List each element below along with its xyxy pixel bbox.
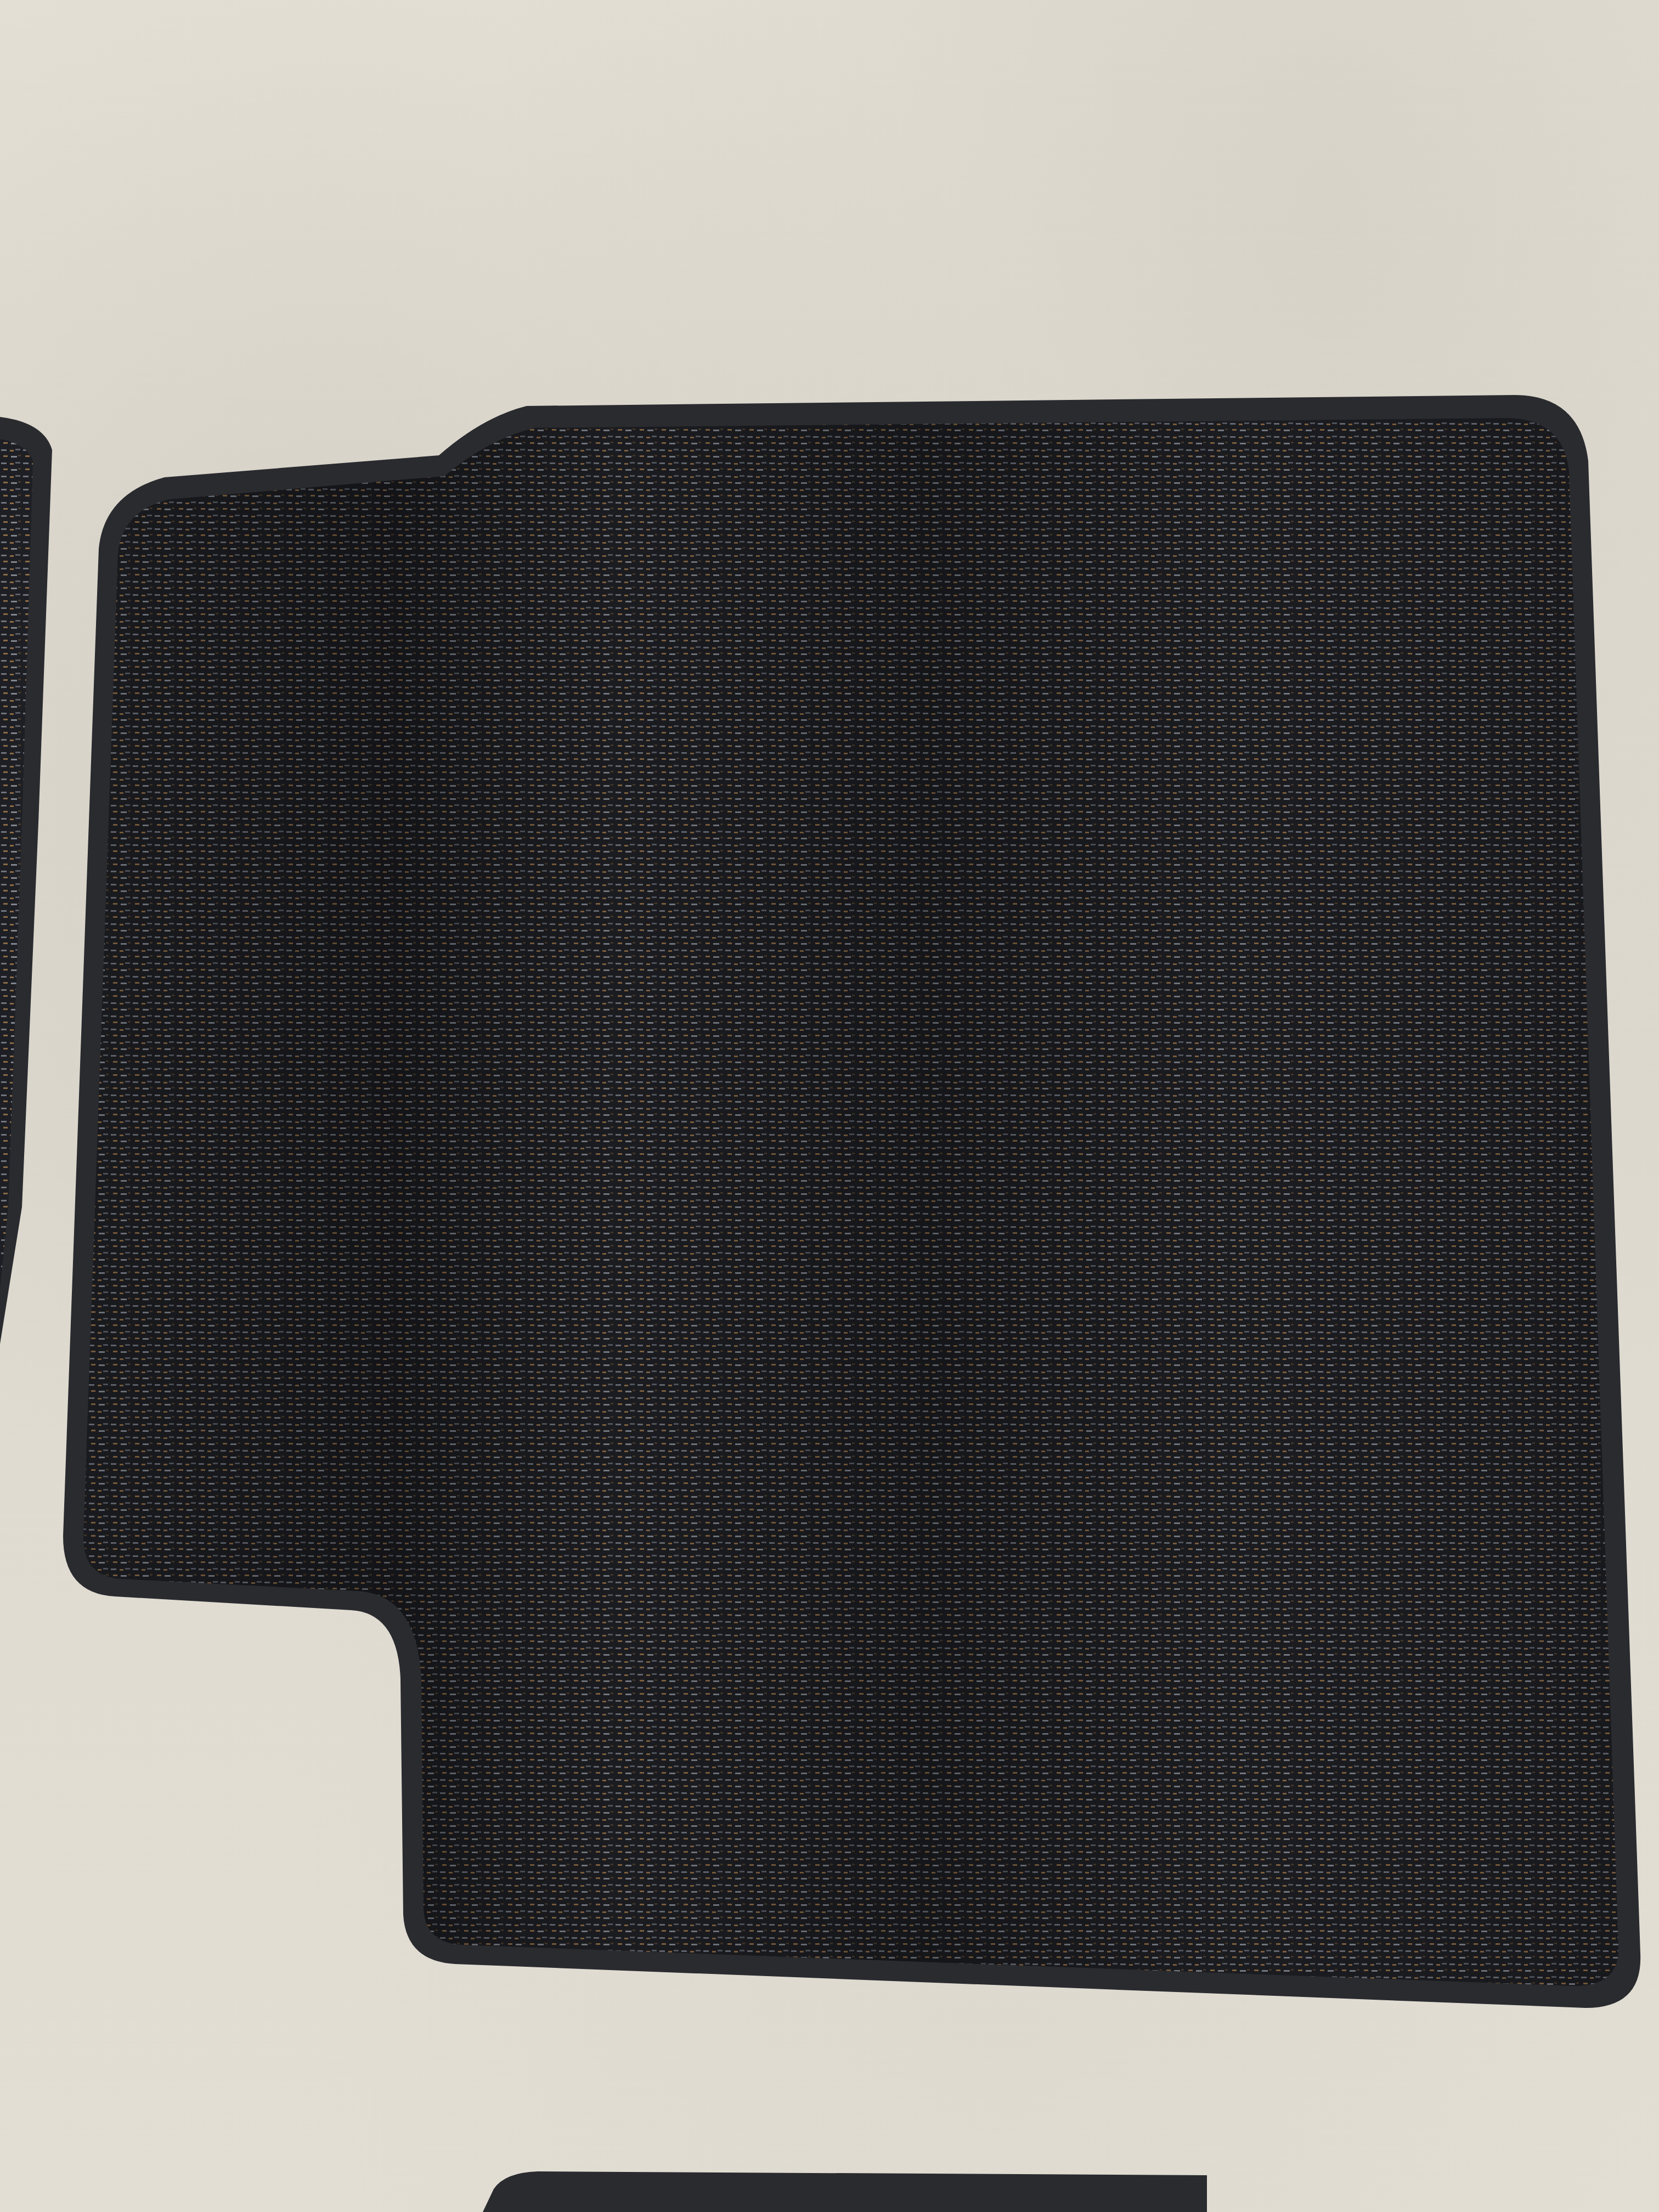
floor-mats-illustration xyxy=(0,0,1659,2212)
left-adjacent-mat xyxy=(0,417,52,1344)
bottom-adjacent-mat xyxy=(483,2171,1207,2212)
main-floor-mat xyxy=(63,395,1640,2008)
